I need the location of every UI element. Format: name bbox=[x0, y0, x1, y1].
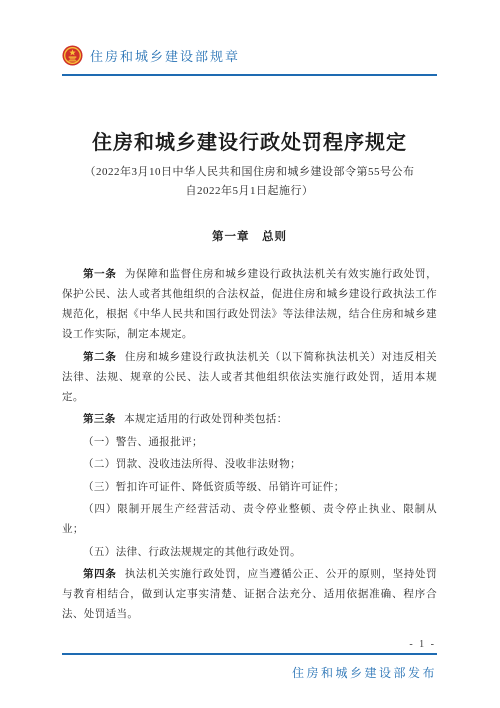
paragraph: （四）限制开展生产经营活动、责令停业整顿、责令停止执业、限制从业； bbox=[62, 500, 437, 540]
paragraph: （一）警告、通报批评； bbox=[62, 433, 437, 453]
paragraph: 第一条为保障和监督住房和城乡建设行政执法机关有效实施行政处罚，保护公民、法人或者… bbox=[62, 265, 437, 345]
paragraph-text: （四）限制开展生产经营活动、责令停业整顿、责令停止执业、限制从业； bbox=[62, 504, 437, 535]
paragraph: （五）法律、行政法规规定的其他行政处罚。 bbox=[62, 543, 437, 563]
paragraph: 第二条住房和城乡建设行政执法机关（以下简称执法机关）对违反相关法律、法规、规章的… bbox=[62, 348, 437, 408]
paragraph: （三）暂扣许可证件、降低资质等级、吊销许可证件； bbox=[62, 478, 437, 498]
paragraph-text: 本规定适用的行政处罚种类包括： bbox=[124, 414, 288, 425]
paragraph: （二）罚款、没收违法所得、没收非法财物； bbox=[62, 455, 437, 475]
article-number: 第四条 bbox=[83, 569, 125, 580]
article-number: 第三条 bbox=[83, 414, 124, 425]
header-row: 住房和城乡建设部规章 bbox=[62, 44, 437, 76]
document-subtitle-line1: （2022年3月10日中华人民共和国住房和城乡建设部令第55号公布 bbox=[62, 163, 437, 182]
paragraph-text: （三）暂扣许可证件、降低资质等级、吊销许可证件； bbox=[83, 482, 345, 493]
header-label: 住房和城乡建设部规章 bbox=[90, 48, 240, 63]
paragraph: 第三条本规定适用的行政处罚种类包括： bbox=[62, 410, 437, 430]
page-footer: - 1 - 住房和城乡建设部发布 bbox=[62, 639, 437, 681]
article-body: 第一条为保障和监督住房和城乡建设行政执法机关有效实施行政处罚，保护公民、法人或者… bbox=[62, 265, 437, 625]
chapter-heading: 第一章 总则 bbox=[62, 228, 437, 244]
paragraph-text: （五）法律、行政法规规定的其他行政处罚。 bbox=[83, 547, 301, 558]
publisher-label: 住房和城乡建设部发布 bbox=[62, 664, 437, 681]
document-title: 住房和城乡建设行政处罚程序规定 bbox=[62, 126, 437, 155]
document-subtitle-line2: 自2022年5月1日起施行） bbox=[62, 182, 437, 201]
paragraph-text: （二）罚款、没收违法所得、没收非法财物； bbox=[83, 459, 301, 470]
article-number: 第二条 bbox=[83, 352, 125, 363]
document-content: 住房和城乡建设行政处罚程序规定 （2022年3月10日中华人民共和国住房和城乡建… bbox=[62, 126, 437, 628]
article-number: 第一条 bbox=[83, 269, 125, 280]
document-page: 住房和城乡建设部规章 住房和城乡建设行政处罚程序规定 （2022年3月10日中华… bbox=[0, 0, 500, 708]
paragraph: 第四条执法机关实施行政处罚，应当遵循公正、公开的原则，坚持处罚与教育相结合，做到… bbox=[62, 565, 437, 625]
paragraph-text: （一）警告、通报批评； bbox=[83, 437, 203, 448]
page-header: 住房和城乡建设部规章 bbox=[62, 44, 437, 76]
footer-rule bbox=[62, 653, 437, 655]
china-national-emblem-icon bbox=[62, 44, 83, 67]
page-number: - 1 - bbox=[62, 639, 437, 650]
